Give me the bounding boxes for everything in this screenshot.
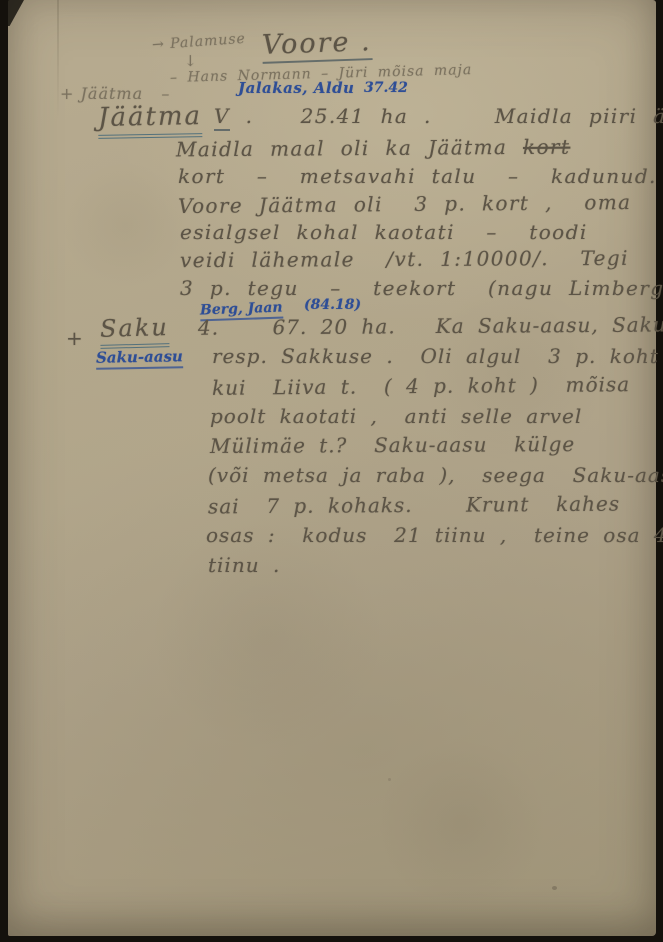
handwriting-line: kui Liiva t. ( 4 p. koht ) mõisa [212,374,630,398]
handwriting-line: tiinu . [208,555,280,575]
page-title-text: Voore . [261,26,372,64]
handwriting-line: esialgsel kohal kaotati – toodi [180,222,588,242]
line-text: Maidla maal oli ka Jäätma [176,135,523,161]
down-arrow-icon: ↓ [184,52,197,70]
handwriting-line: (või metsa ja raba ), seega Saku-aasu [208,465,663,485]
line-text: . 25.41 ha . Maidla piiri ääres. [230,104,663,128]
handwriting-line: poolt kaotati , anti selle arvel [210,406,582,426]
paper-crease [57,0,59,120]
blue-annotation-ref: (84.18) [304,297,361,313]
handwriting-line: sai 7 p. kohaks. Krunt kahes [208,494,620,517]
page-title: Voore . [261,26,372,61]
blue-annotation-names: Jalakas, Aldu [238,79,354,97]
handwriting-line: resp. Sakkuse . Oli algul 3 p. koht ; [212,346,663,366]
entry-jaatma-heading: Jäätma [98,101,203,133]
handwriting-line: veidi lähemale /vt. 1:10000/. Tegi [180,248,629,270]
scanned-document-page: { "scan": { "kind": "handwritten archiva… [0,0,663,942]
handwriting-line: 4. 67. 20 ha. Ka Saku-aasu, Sakuse [198,314,663,337]
scan-corner-shadow [8,0,24,26]
paper-speck [552,886,557,890]
handwriting-line: osas : kodus 21 tiinu , teine osa 40 [206,525,663,545]
paper-sheet: → Palamuse ↓ Voore . – Hans Normann – Jü… [8,0,656,936]
struck-word: kort [523,135,571,159]
entry-jaatma-heading-text: Jäätma [98,101,203,139]
blue-annotation-number: 37.42 [364,80,408,96]
handwriting-line: kort – metsavahi talu – kadunud. [178,166,657,186]
handwriting-line: V . 25.41 ha . Maidla piiri ääres. [214,106,663,126]
entry-saku-heading: Saku [100,313,169,343]
handwriting-line: Voore Jäätma oli 3 p. kort , oma [178,192,632,216]
margin-note-jaatma: + Jäätma – [60,84,170,103]
paper-speck [388,778,391,781]
handwriting-line: Maidla maal oli ka Jäätma kort [176,137,570,160]
redirect-annotation: → Palamuse [152,31,247,54]
entry-saku-subheading: Saku-aasu [96,347,183,367]
entry-saku-heading-text: Saku [100,313,170,349]
handwriting-line: Mülimäe t.? Saku-aasu külge [210,434,575,456]
margin-plus-mark: + [66,326,83,350]
roman-numeral: V [214,104,230,131]
entry-saku-subheading-text: Saku-aasu [96,347,183,370]
handwriting-line: 3 p. tegu – teekort (nagu Limberg). [180,278,663,298]
